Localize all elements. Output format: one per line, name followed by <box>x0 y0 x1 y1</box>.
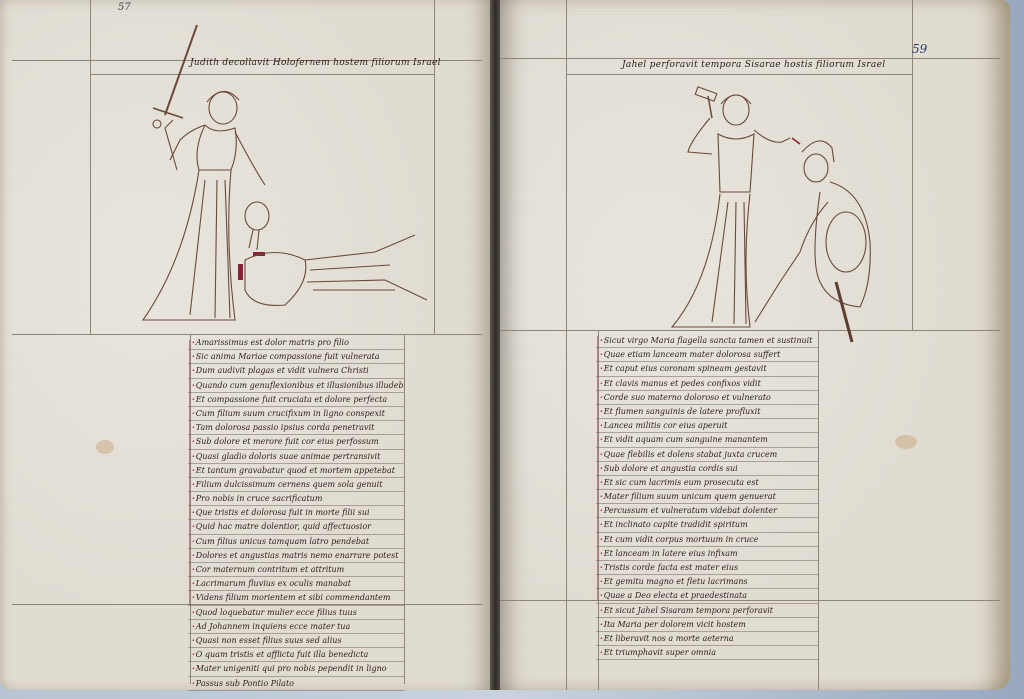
text-line: ·Et sicut Jahel Sisaram tempora perforav… <box>596 604 818 618</box>
right-page: 59 Jahel perforavit tempora Sisarae host… <box>500 0 1010 690</box>
text-line: ·Quando cum genuflexionibus et illusioni… <box>188 379 404 393</box>
text-line: ·Dolores et angustias matris nemo enarra… <box>188 549 404 563</box>
frame-rule <box>566 0 567 690</box>
verse-text-block: ·Amarissimus est dolor matris pro filio … <box>188 336 404 691</box>
text-line: ·Lancea militis cor eius aperuit <box>596 419 818 433</box>
foxing-stain <box>96 440 114 454</box>
text-line: ·Quasi non esset filius suus sed alius <box>188 634 404 648</box>
foxing-stain <box>895 435 917 449</box>
text-line: ·Et compassione fuit cruciata et dolore … <box>188 393 404 407</box>
text-line: ·Et vidit aquam cum sanguine manantem <box>596 433 818 447</box>
text-line: ·Que tristis et dolorosa fuit in morte f… <box>188 506 404 520</box>
text-line: ·Sic anima Mariae compassione fuit vulne… <box>188 350 404 364</box>
image-caption: Jahel perforavit tempora Sisarae hostis … <box>622 60 885 70</box>
text-line: ·Quasi gladio doloris suae animae pertra… <box>188 450 404 464</box>
text-line: ·Filium dulcissimum cernens quem sola ge… <box>188 478 404 492</box>
text-line: ·Et caput eius coronam spineam gestavit <box>596 362 818 376</box>
text-line: ·Et clavis manus et pedes confixos vidit <box>596 377 818 391</box>
text-line: ·Et flumen sanguinis de latere profluxit <box>596 405 818 419</box>
text-line: ·Et tantum gravabatur quod et mortem app… <box>188 464 404 478</box>
judith-holofernes-drawing <box>135 20 435 332</box>
text-line: ·Amarissimus est dolor matris pro filio <box>188 336 404 350</box>
text-line: ·Videns filium morientem et sibi commend… <box>188 591 404 605</box>
text-line: ·Cum filius unicus tamquam latro pendeba… <box>188 535 404 549</box>
text-line: ·Et sic cum lacrimis eum prosecuta est <box>596 476 818 490</box>
text-line: ·Quod loquebatur mulier ecce filius tuus <box>188 606 404 620</box>
text-line: ·Quae etiam lanceam mater dolorosa suffe… <box>596 348 818 362</box>
text-line: ·Et triumphavit super omnia <box>596 646 818 660</box>
text-line: ·Sub dolore et angustia cordis sui <box>596 462 818 476</box>
text-line: ·Cor maternum contritum et attritum <box>188 563 404 577</box>
text-line: ·Et gemitu magno et fletu lacrimans <box>596 575 818 589</box>
text-line: ·Passus sub Pontio Pilato <box>188 677 404 691</box>
text-line: ·Quae a Deo electa et praedestinata <box>596 589 818 603</box>
frame-rule <box>566 74 912 75</box>
text-line: ·Quae flebilis et dolens stabat juxta cr… <box>596 448 818 462</box>
frame-rule <box>90 0 91 335</box>
text-line: ·Mater unigeniti qui pro nobis pependit … <box>188 662 404 676</box>
text-line: ·Tristis corde facta est mater eius <box>596 561 818 575</box>
text-line: ·Percussum et vulneratum videbat dolente… <box>596 504 818 518</box>
frame-rule <box>818 330 819 690</box>
text-line: ·Corde suo materno doloroso et vulnerato <box>596 391 818 405</box>
verse-text-block: ·Sicut virgo Maria flagella sancta tamen… <box>596 334 818 660</box>
text-line: ·Et cum vidit corpus mortuum in cruce <box>596 533 818 547</box>
folio-mark: 57 <box>118 2 131 13</box>
text-line: ·Ita Maria per dolorem vicit hostem <box>596 618 818 632</box>
frame-rule <box>404 334 405 684</box>
jael-sisera-drawing <box>650 82 890 344</box>
text-line: ·Dum audivit plagas et vidit vulnera Chr… <box>188 364 404 378</box>
frame-rule <box>12 334 482 335</box>
text-line: ·Et liberavit nos a morte aeterna <box>596 632 818 646</box>
text-line: ·Et inclinato capite tradidit spiritum <box>596 518 818 532</box>
text-line: ·Lacrimarum fluvius ex oculis manabat <box>188 577 404 591</box>
frame-rule <box>500 58 1000 59</box>
left-page: 57 Judith decollavit Holofernem hostem f… <box>0 0 492 690</box>
text-line: ·Ad Johannem inquiens ecce mater tua <box>188 620 404 634</box>
text-line: ·Tam dolorosa passio ipsius corda penetr… <box>188 421 404 435</box>
text-line: ·Sub dolore et merore fuit cor eius perf… <box>188 435 404 449</box>
folio-number: 59 <box>912 42 927 56</box>
text-line: ·Cum filium suum crucifixum in ligno con… <box>188 407 404 421</box>
text-line: ·Mater filium suum unicum quem genuerat <box>596 490 818 504</box>
text-line: ·O quam tristis et afflicta fuit illa be… <box>188 648 404 662</box>
text-line: ·Sicut virgo Maria flagella sancta tamen… <box>596 334 818 348</box>
text-line: ·Quid hac matre dolentior, quid affectuo… <box>188 520 404 534</box>
text-line: ·Pro nobis in cruce sacrificatum <box>188 492 404 506</box>
text-line: ·Et lanceam in latere eius infixam <box>596 547 818 561</box>
